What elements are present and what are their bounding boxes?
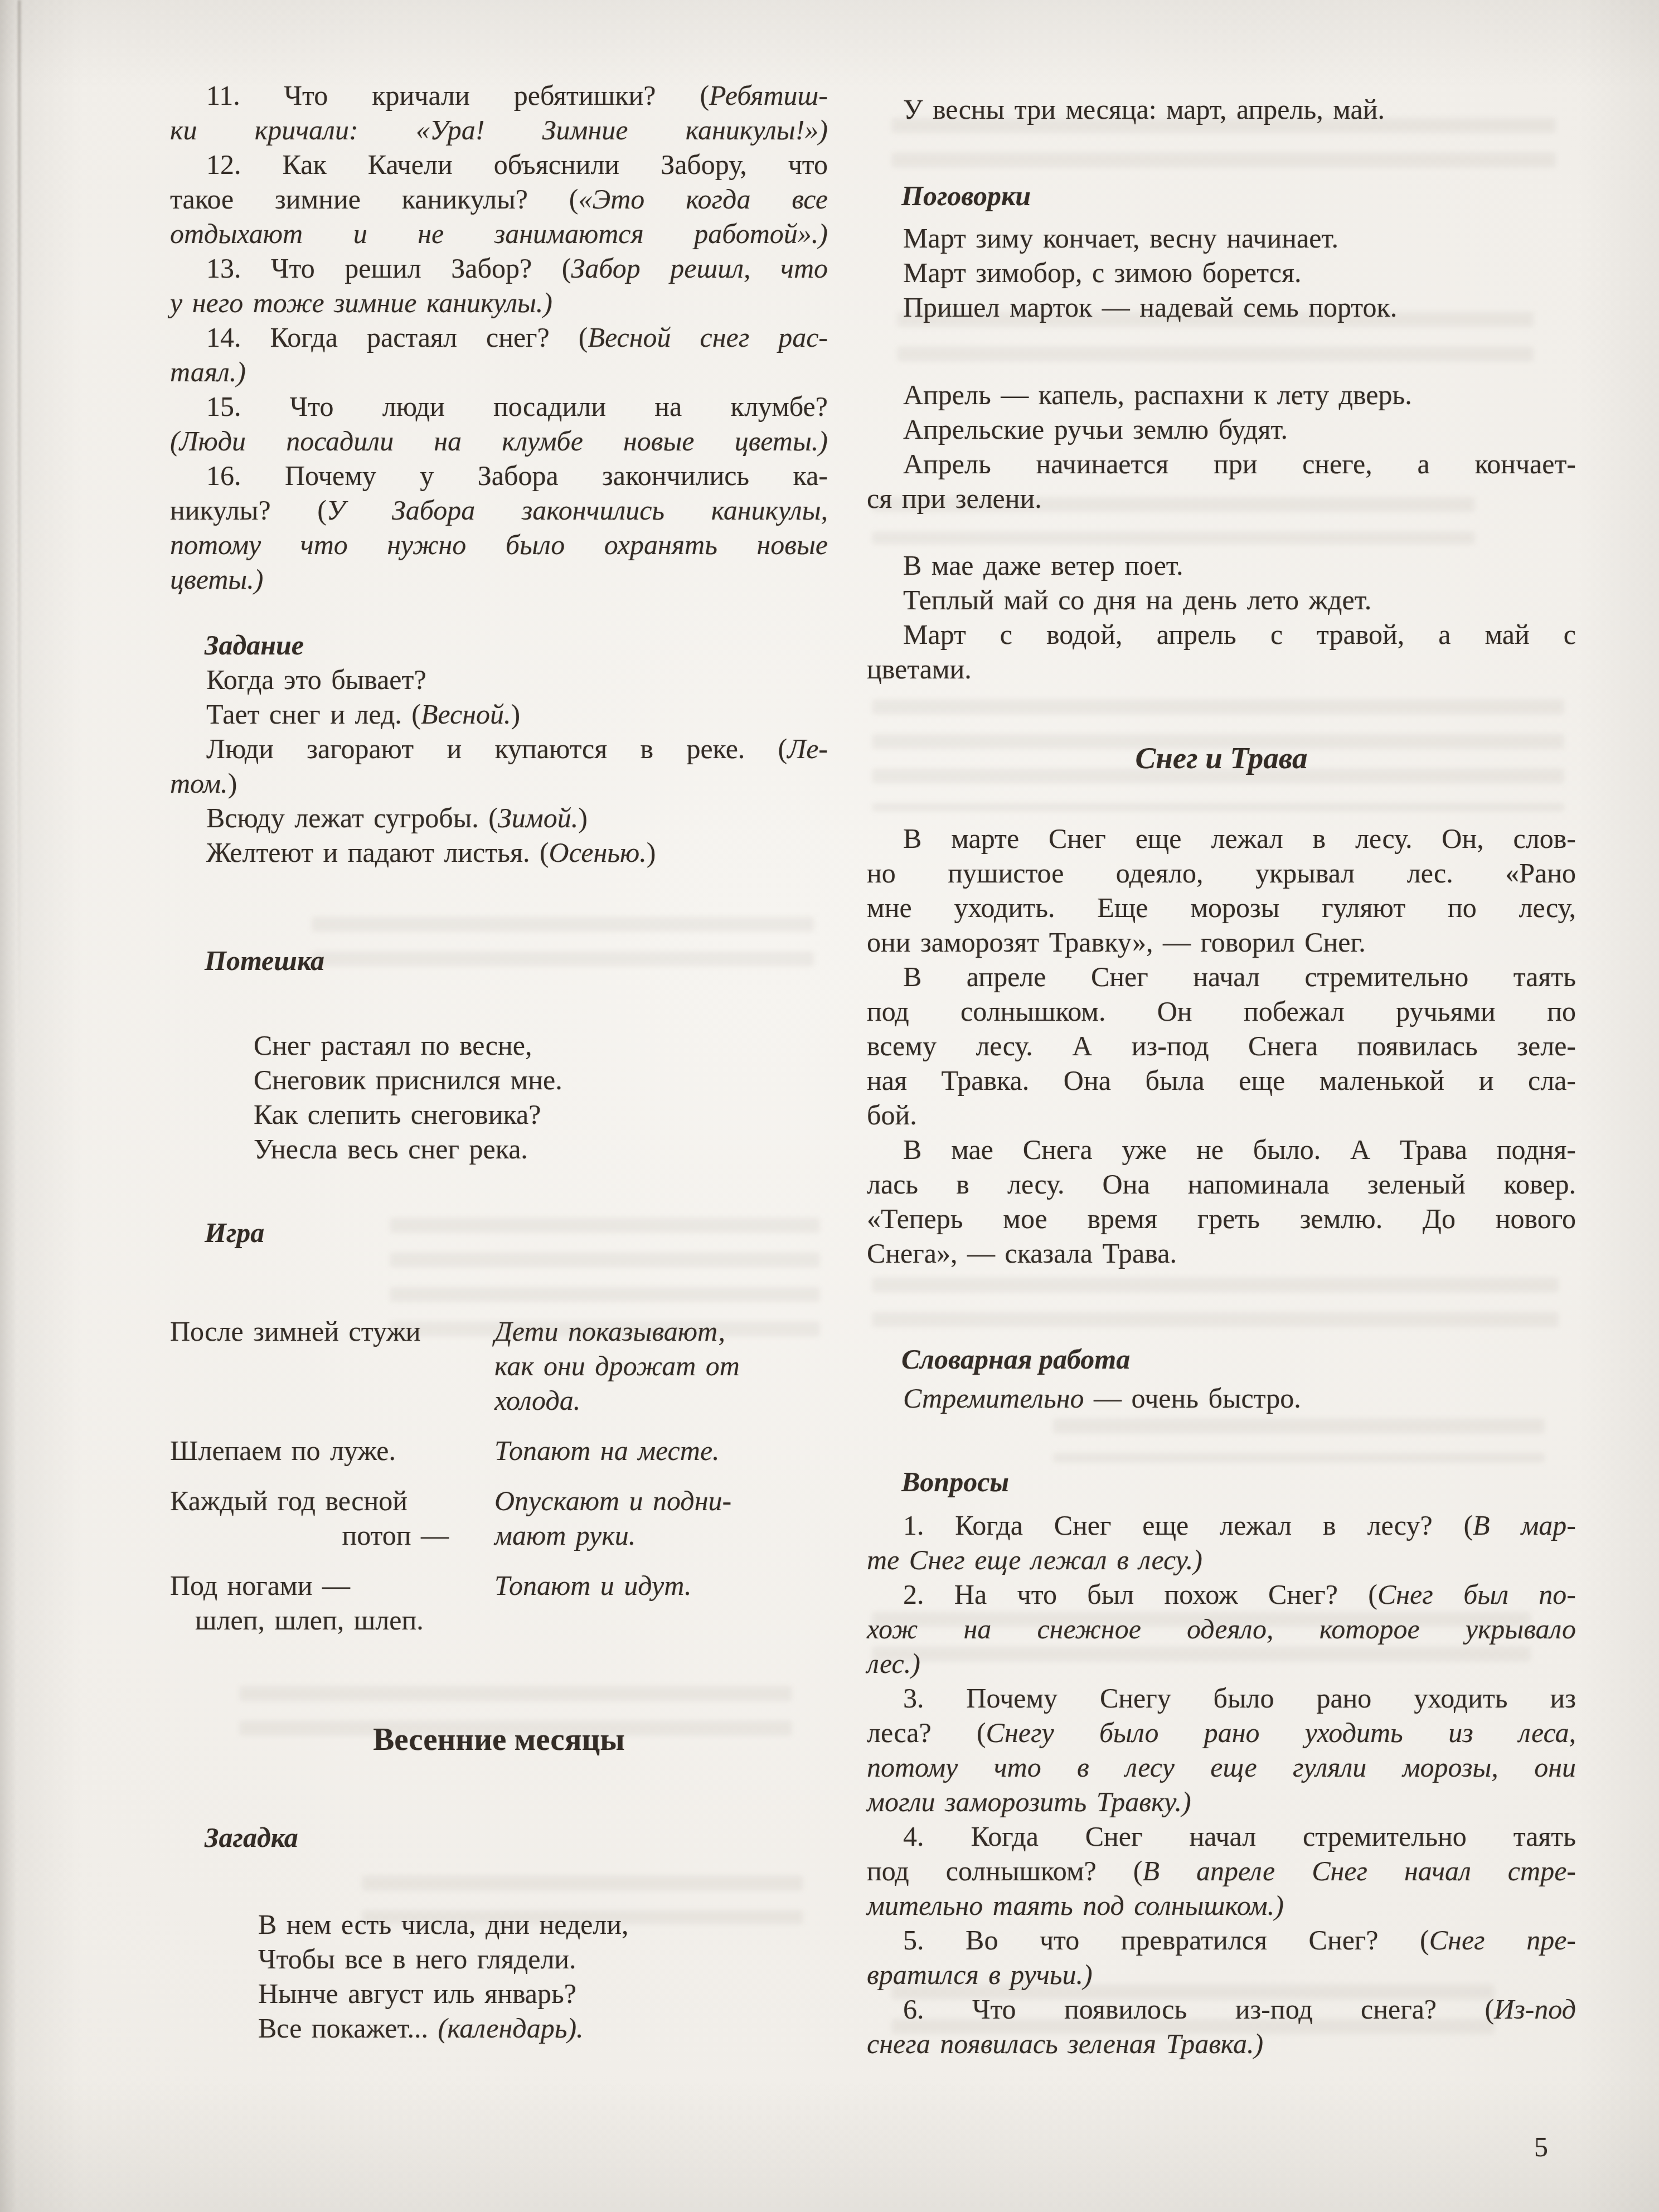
text-line: После зимней стужи: [170, 1314, 478, 1348]
text-run: Снегу было рано уходить из леса,: [986, 1717, 1576, 1748]
spring-intro-line: У весны три месяца: март, апрель, май.: [867, 92, 1576, 127]
text-run: Чтобы все в него глядели.: [258, 1943, 576, 1975]
igra-action-cell: Дети показывают,как они дрожат отхолода.: [494, 1314, 828, 1418]
text-run: под солнышком. Он побежал ручьями по: [867, 996, 1576, 1027]
text-line: Унесла весь снег река.: [254, 1132, 828, 1166]
text-run: В мае даже ветер поет.: [903, 550, 1183, 581]
text-run: никулы? (: [170, 494, 327, 526]
text-line: ки кричали: «Ура! Зимние каникулы!»): [170, 113, 828, 147]
text-line: В мае даже ветер поет.: [867, 548, 1576, 583]
text-run: холода.: [494, 1385, 580, 1416]
text-line: Снег растаял по весне,: [254, 1028, 828, 1063]
text-run: Зимой.: [498, 802, 578, 833]
text-line: В апреле Снег начал стремительно таять: [867, 959, 1576, 994]
text-line: Тает снег и лед. (Весной.): [170, 697, 828, 731]
text-line: отдыхают и не занимаются работой».): [170, 216, 828, 251]
text-run: Унесла весь снег река.: [254, 1133, 528, 1165]
text-line: Снега», — сказала Трава.: [867, 1236, 1576, 1270]
text-run: 15. Что люди посадили на клумбе?: [206, 391, 828, 422]
vocab-heading: Словарная работа: [867, 1342, 1576, 1376]
text-run: потому что в лесу еще гуляли морозы, они: [867, 1752, 1576, 1783]
text-line: Апрель — капель, распахни к лету дверь.: [867, 377, 1576, 412]
page-number: 5: [1534, 2131, 1548, 2163]
text-run: 1. Когда Снег еще лежал в лесу? (: [903, 1510, 1473, 1541]
text-run: Топают и идут.: [494, 1570, 691, 1601]
text-run: (календарь).: [438, 2012, 584, 2044]
text-run: В нем есть числа, дни недели,: [258, 1909, 629, 1940]
zadanie-heading: Задание: [170, 628, 828, 662]
text-run: Желтеют и падают листья. (: [206, 837, 549, 868]
igra-row: После зимней стужи Дети показывают,как о…: [170, 1314, 828, 1418]
text-run: всему лесу. А из-под Снега появилась зел…: [867, 1030, 1576, 1061]
text-line: Дети показывают,: [494, 1314, 828, 1348]
text-run: мают руки.: [494, 1520, 636, 1551]
text-run: У Забора закончились каникулы,: [327, 494, 828, 526]
text-run: Тает снег и лед. (: [206, 698, 421, 730]
zagadka-heading: Загадка: [170, 1820, 828, 1855]
igra-row: Шлепаем по луже. Топают на месте.: [170, 1433, 828, 1468]
vocab-line: Стремительно — очень быстро.: [867, 1381, 1576, 1415]
poteshka-poem: Снег растаял по весне,Снеговик приснился…: [170, 1028, 828, 1166]
text-run: 13. Что решил Забор? (: [206, 253, 571, 284]
text-run: потому что нужно было охранять новые: [170, 529, 828, 560]
text-run: Стремительно: [903, 1382, 1084, 1414]
igra-cue-cell: После зимней стужи: [170, 1314, 478, 1348]
text-line: 5. Во что превратился Снег? (Снег пре-: [867, 1923, 1576, 1957]
zagadka-poem: В нем есть числа, дни недели,Чтобы все в…: [170, 1907, 828, 2045]
text-line: Как слепить снеговика?: [254, 1097, 828, 1132]
text-run: Март зиму кончает, весну начинает.: [903, 222, 1338, 254]
text-run: Когда это бывает?: [206, 664, 426, 695]
text-line: Топают и идут.: [494, 1568, 828, 1603]
text-line: 15. Что люди посадили на клумбе?: [170, 389, 828, 424]
text-run: Теплый май со дня на день лето ждет.: [903, 584, 1371, 615]
text-line: мне уходить. Еще морозы гуляют по лесу,: [867, 890, 1576, 925]
text-run: В апреле Снег начал стре-: [1142, 1855, 1576, 1886]
text-run: Люди загорают и купаются в реке. (: [206, 733, 787, 764]
text-line: такое зимние каникулы? («Это когда все: [170, 182, 828, 216]
text-line: Все покажет... (календарь).: [258, 2011, 828, 2045]
text-run: Нынче август иль январь?: [258, 1978, 576, 2009]
text-line: Топают на месте.: [494, 1433, 828, 1468]
proverbs-april: Апрель — капель, распахни к лету дверь.А…: [867, 377, 1576, 516]
text-run: бой.: [867, 1099, 917, 1131]
text-run: (Люди посадили на клумбе новые цветы.): [170, 425, 828, 457]
text-run: ): [228, 768, 237, 799]
text-line: шлеп, шлеп, шлеп.: [170, 1603, 478, 1637]
text-run: шлеп, шлеп, шлеп.: [195, 1604, 424, 1636]
text-line: У весны три месяца: март, апрель, май.: [867, 92, 1576, 127]
text-run: Как слепить снеговика?: [254, 1099, 541, 1130]
text-line: цветами.: [867, 652, 1576, 686]
text-run: Ле-: [787, 733, 828, 764]
text-run: мительно таять под солнышком.): [867, 1890, 1284, 1921]
proverbs-march: Март зиму кончает, весну начинает.Март з…: [867, 221, 1576, 324]
text-run: «Это когда все: [578, 183, 828, 215]
text-run: ся при зелени.: [867, 483, 1042, 514]
text-line: никулы? (У Забора закончились каникулы,: [170, 493, 828, 527]
text-line: снега появилась зеленая Травка.): [867, 2026, 1576, 2061]
text-line: Каждый год весной: [170, 1483, 478, 1518]
text-run: 6. Что появилось из-под снега? (: [903, 1993, 1494, 2025]
poteshka-heading: Потешка: [170, 943, 828, 978]
text-run: Март с водой, апрель с травой, а май с: [903, 619, 1576, 650]
text-line: Теплый май со дня на день лето ждет.: [867, 583, 1576, 617]
igra-action-cell: Опускают и подни-мают руки.: [494, 1483, 828, 1553]
text-run: 14. Когда растаял снег? (: [206, 322, 588, 353]
text-line: «Теперь мое время греть землю. До нового: [867, 1201, 1576, 1236]
text-run: цветами.: [867, 653, 972, 685]
text-line: Пришел марток — надевай семь порток.: [867, 290, 1576, 324]
text-run: Шлепаем по луже.: [170, 1435, 396, 1466]
text-run: но пушистое одеяло, укрывал лес. «Рано: [867, 857, 1576, 889]
text-run: Топают на месте.: [494, 1435, 720, 1466]
text-line: 14. Когда растаял снег? (Весной снег рас…: [170, 320, 828, 355]
text-run: В марте Снег еще лежал в лесу. Он, слов-: [903, 823, 1576, 854]
zadanie-block: Когда это бывает?Тает снег и лед. (Весно…: [170, 662, 828, 870]
text-run: леса? (: [867, 1717, 986, 1748]
text-run: Каждый год весной: [170, 1485, 408, 1516]
text-line: потому что в лесу еще гуляли морозы, они: [867, 1750, 1576, 1784]
text-line: Под ногами —: [170, 1568, 478, 1603]
text-run: У весны три месяца: март, апрель, май.: [903, 94, 1385, 125]
text-line: Снеговик приснился мне.: [254, 1063, 828, 1097]
igra-table: После зимней стужи Дети показывают,как о…: [170, 1314, 828, 1637]
text-line: Март зимобор, с зимою борется.: [867, 255, 1576, 290]
text-line: Чтобы все в него глядели.: [258, 1942, 828, 1976]
text-run: 2. На что был похож Снег? (: [903, 1579, 1377, 1610]
text-run: Пришел марток — надевай семь порток.: [903, 292, 1397, 323]
text-line: лась в лесу. Она напоминала зеленый кове…: [867, 1167, 1576, 1201]
proverbs-may: В мае даже ветер поет.Теплый май со дня …: [867, 548, 1576, 686]
text-run: 4. Когда Снег начал стремительно таять: [903, 1821, 1576, 1852]
text-line: всему лесу. А из-под Снега появилась зел…: [867, 1029, 1576, 1063]
text-line: Нынче август иль январь?: [258, 1976, 828, 2011]
text-line: 12. Как Качели объяснили Забору, что: [170, 147, 828, 182]
season-section-heading: Весенние месяцы: [170, 1720, 828, 1760]
text-line: (Люди посадили на клумбе новые цветы.): [170, 424, 828, 458]
left-column: 11. Что кричали ребятишки? (Ребятиш-ки к…: [170, 78, 828, 2045]
text-line: Желтеют и падают листья. (Осенью.): [170, 835, 828, 870]
text-run: могли заморозить Травку.): [867, 1786, 1191, 1817]
text-line: 2. На что был похож Снег? (Снег был по-: [867, 1577, 1576, 1612]
text-run: В апреле Снег начал стремительно таять: [903, 961, 1576, 992]
text-run: 16. Почему у Забора закончились ка-: [206, 460, 828, 491]
text-run: том.: [170, 768, 228, 799]
text-line: Апрель начинается при снеге, а кончает-: [867, 447, 1576, 481]
text-run: Забор решил, что: [571, 253, 828, 284]
text-run: Апрель начинается при снеге, а кончает-: [903, 448, 1576, 479]
text-line: вратился в ручьи.): [867, 1957, 1576, 1992]
text-run: В мар-: [1473, 1510, 1576, 1541]
text-run: Ребятиш-: [709, 80, 828, 111]
text-line: Март с водой, апрель с травой, а май с: [867, 617, 1576, 652]
text-line: у него тоже зимние каникулы.): [170, 285, 828, 320]
text-run: Весной.: [421, 698, 511, 730]
text-run: ): [578, 802, 588, 833]
text-run: лес.): [867, 1648, 920, 1679]
text-run: ): [511, 698, 521, 730]
text-line: Когда это бывает?: [170, 662, 828, 697]
text-run: цветы.): [170, 564, 263, 595]
text-line: потоп —: [170, 1518, 478, 1553]
text-run: Снега», — сказала Трава.: [867, 1238, 1177, 1269]
text-run: Все покажет...: [258, 2012, 438, 2044]
voprosy-heading: Вопросы: [867, 1464, 1576, 1499]
text-line: Март зиму кончает, весну начинает.: [867, 221, 1576, 255]
text-run: Дети показывают,: [494, 1316, 725, 1347]
text-run: мне уходить. Еще морозы гуляют по лесу,: [867, 892, 1576, 923]
text-run: Апрельские ручьи землю будят.: [903, 414, 1288, 445]
text-run: снега появилась зеленая Травка.): [867, 2028, 1263, 2059]
text-run: 5. Во что превратился Снег? (: [903, 1924, 1429, 1956]
pogovorki-heading: Поговорки: [867, 178, 1576, 213]
text-line: ная Травка. Она была еще маленькой и сла…: [867, 1063, 1576, 1098]
text-run: Всюду лежат сугробы. (: [206, 802, 498, 833]
text-run: 3. Почему Снегу было рано уходить из: [903, 1682, 1576, 1714]
text-line: лес.): [867, 1646, 1576, 1681]
text-line: под солнышком. Он побежал ручьями по: [867, 994, 1576, 1029]
text-line: мают руки.: [494, 1518, 828, 1553]
text-run: таял.): [170, 356, 246, 387]
text-run: 11. Что кричали ребятишки? (: [206, 80, 709, 111]
text-run: вратился в ручьи.): [867, 1959, 1093, 1990]
igra-cue-cell: Каждый год веснойпотоп —: [170, 1483, 478, 1553]
text-line: 4. Когда Снег начал стремительно таять: [867, 1819, 1576, 1854]
text-run: Снег пре-: [1429, 1924, 1576, 1956]
text-run: Снеговик приснился мне.: [254, 1064, 562, 1095]
text-line: 16. Почему у Забора закончились ка-: [170, 458, 828, 493]
text-run: потоп —: [342, 1520, 449, 1551]
text-run: отдыхают и не занимаются работой».): [170, 218, 828, 249]
text-run: Март зимобор, с зимою борется.: [903, 257, 1301, 288]
text-run: те Снег еще лежал в лесу.): [867, 1544, 1202, 1575]
text-run: — очень быстро.: [1084, 1382, 1301, 1414]
voprosy-block: 1. Когда Снег еще лежал в лесу? (В мар-т…: [867, 1508, 1576, 2061]
text-line: бой.: [867, 1098, 1576, 1132]
text-line: могли заморозить Травку.): [867, 1784, 1576, 1819]
text-run: у него тоже зимние каникулы.): [170, 287, 552, 318]
igra-heading: Игра: [170, 1215, 828, 1250]
story-title: Снег и Трава: [867, 738, 1576, 778]
text-run: Опускают и подни-: [494, 1485, 731, 1516]
text-run: хож на снежное одеяло, которое укрывало: [867, 1613, 1576, 1645]
text-run: «Теперь мое время греть землю. До нового: [867, 1203, 1576, 1234]
text-line: ся при зелени.: [867, 481, 1576, 516]
text-run: Из-под: [1494, 1993, 1576, 2025]
text-line: 11. Что кричали ребятишки? (Ребятиш-: [170, 78, 828, 113]
text-run: В мае Снега уже не было. А Трава подня-: [903, 1134, 1576, 1165]
text-line: хож на снежное одеяло, которое укрывало: [867, 1612, 1576, 1646]
text-line: Шлепаем по луже.: [170, 1433, 478, 1468]
text-line: В марте Снег еще лежал в лесу. Он, слов-: [867, 821, 1576, 856]
book-page: 11. Что кричали ребятишки? (Ребятиш-ки к…: [0, 0, 1659, 2212]
text-run: Снег растаял по весне,: [254, 1030, 532, 1061]
page-edge-line: [18, 0, 21, 1059]
igra-action-cell: Топают и идут.: [494, 1568, 828, 1603]
text-line: Люди загорают и купаются в реке. (Ле-: [170, 731, 828, 766]
text-run: ная Травка. Она была еще маленькой и сла…: [867, 1065, 1576, 1096]
text-line: 6. Что появилось из-под снега? (Из-под: [867, 1992, 1576, 2026]
text-run: лась в лесу. Она напоминала зеленый кове…: [867, 1168, 1576, 1200]
text-run: Осенью.: [549, 837, 647, 868]
text-run: 12. Как Качели объяснили Забору, что: [206, 149, 828, 180]
text-line: цветы.): [170, 562, 828, 596]
text-run: ки кричали: «Ура! Зимние каникулы!»): [170, 114, 828, 145]
text-line: таял.): [170, 355, 828, 389]
text-line: они заморозят Травку», — говорил Снег.: [867, 925, 1576, 959]
text-line: те Снег еще лежал в лесу.): [867, 1542, 1576, 1577]
text-run: Апрель — капель, распахни к лету дверь.: [903, 379, 1412, 410]
text-line: как они дрожат от: [494, 1348, 828, 1383]
igra-row: Под ногами —шлеп, шлеп, шлеп. Топают и и…: [170, 1568, 828, 1637]
text-line: Стремительно — очень быстро.: [867, 1381, 1576, 1415]
text-line: 1. Когда Снег еще лежал в лесу? (В мар-: [867, 1508, 1576, 1542]
page-edge-shadow: [0, 0, 17, 2212]
text-line: холода.: [494, 1383, 828, 1418]
igra-cue-cell: Шлепаем по луже.: [170, 1433, 478, 1468]
text-line: но пушистое одеяло, укрывал лес. «Рано: [867, 856, 1576, 890]
text-line: леса? (Снегу было рано уходить из леса,: [867, 1715, 1576, 1750]
igra-cue-cell: Под ногами —шлеп, шлеп, шлеп.: [170, 1568, 478, 1637]
text-run: После зимней стужи: [170, 1316, 421, 1347]
questions-11-16-block: 11. Что кричали ребятишки? (Ребятиш-ки к…: [170, 78, 828, 596]
text-run: такое зимние каникулы? (: [170, 183, 578, 215]
text-line: В нем есть числа, дни недели,: [258, 1907, 828, 1942]
text-line: 13. Что решил Забор? (Забор решил, что: [170, 251, 828, 285]
igra-row: Каждый год веснойпотоп — Опускают и подн…: [170, 1483, 828, 1553]
text-line: потому что нужно было охранять новые: [170, 527, 828, 562]
text-run: Под ногами —: [170, 1570, 350, 1601]
text-line: Апрельские ручьи землю будят.: [867, 412, 1576, 447]
text-line: том.): [170, 766, 828, 801]
text-line: В мае Снега уже не было. А Трава подня-: [867, 1132, 1576, 1167]
igra-action-cell: Топают на месте.: [494, 1433, 828, 1468]
text-run: они заморозят Травку», — говорил Снег.: [867, 926, 1366, 958]
text-line: Опускают и подни-: [494, 1483, 828, 1518]
text-run: под солнышком? (: [867, 1855, 1142, 1886]
text-run: Снег был по-: [1377, 1579, 1576, 1610]
right-column: У весны три месяца: март, апрель, май. П…: [867, 78, 1576, 2061]
text-line: 3. Почему Снегу было рано уходить из: [867, 1681, 1576, 1715]
story-text: В марте Снег еще лежал в лесу. Он, слов-…: [867, 821, 1576, 1270]
text-run: как они дрожат от: [494, 1350, 740, 1381]
text-run: Весной снег рас-: [588, 322, 828, 353]
text-line: мительно таять под солнышком.): [867, 1888, 1576, 1923]
text-run: ): [647, 837, 656, 868]
text-line: под солнышком? (В апреле Снег начал стре…: [867, 1854, 1576, 1888]
text-line: Всюду лежат сугробы. (Зимой.): [170, 801, 828, 835]
